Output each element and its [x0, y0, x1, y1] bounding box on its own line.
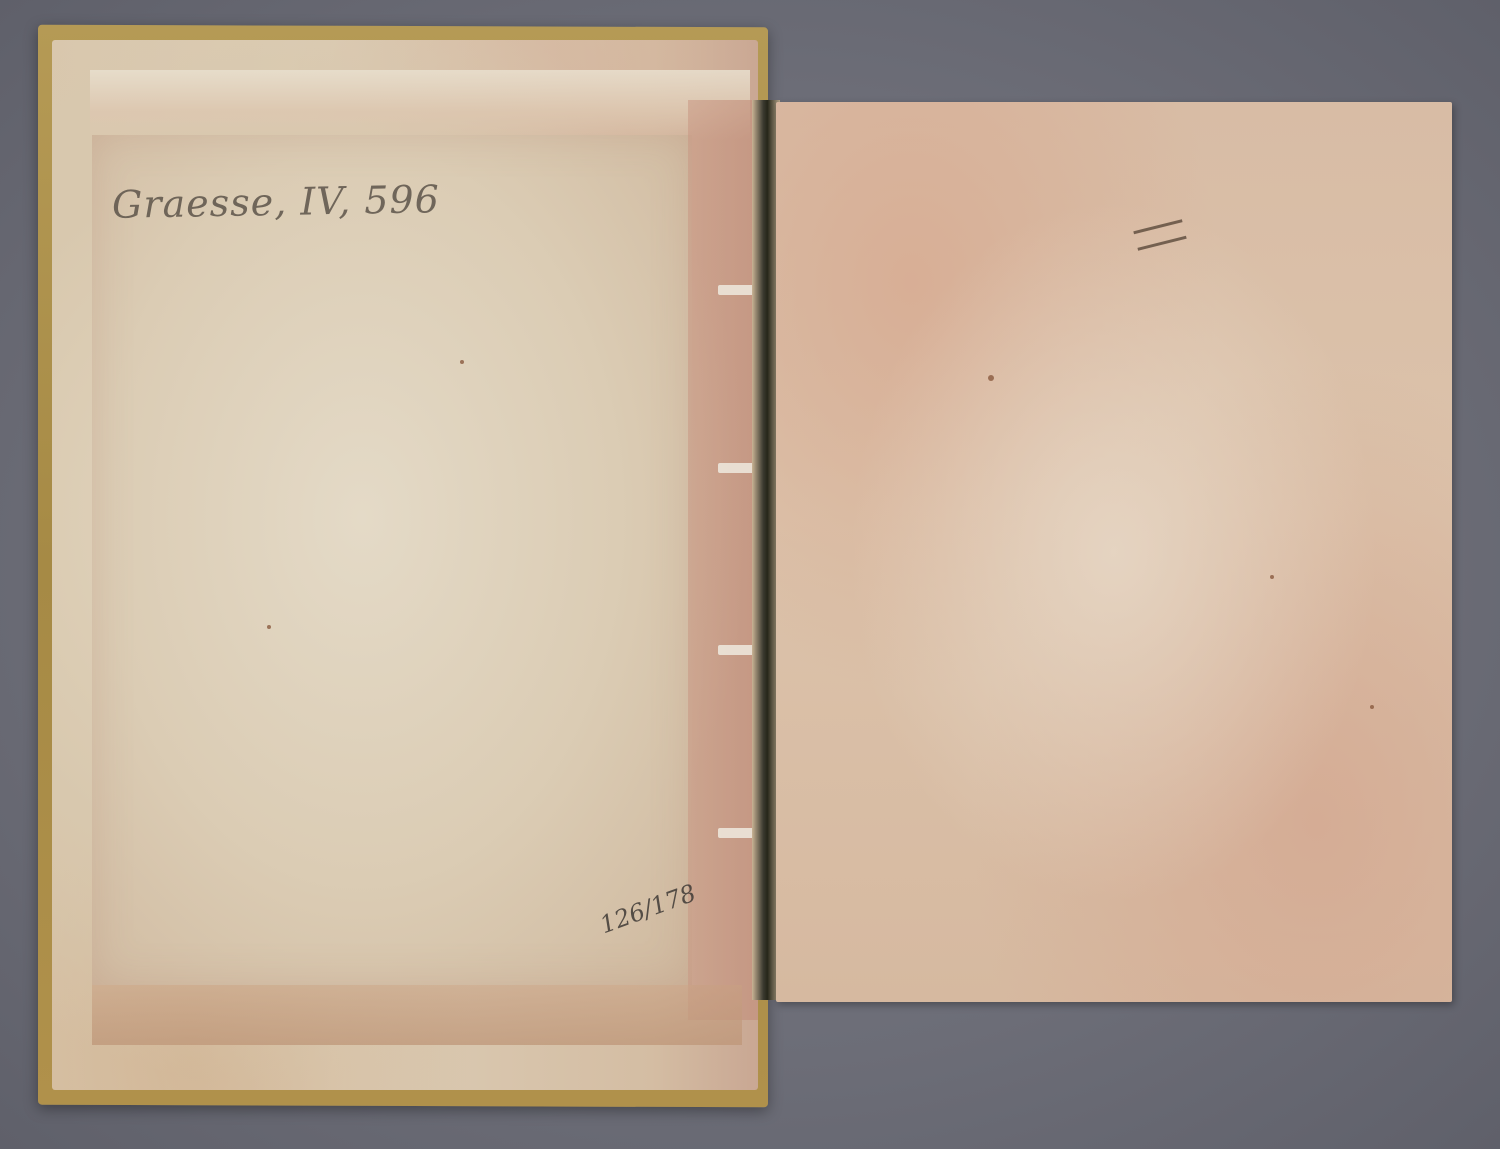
flyleaf-page — [776, 102, 1452, 1002]
foxing-spot — [1270, 575, 1274, 579]
shelf-reference-note: Graesse, IV, 596 — [112, 177, 441, 227]
foxing-spot — [988, 375, 994, 381]
bottom-stain — [92, 985, 742, 1045]
foxing-spot — [460, 360, 464, 364]
book-photo: Graesse, IV, 596 126/178 — [0, 0, 1500, 1149]
foxing-spot — [1370, 705, 1374, 709]
gutter-stain — [688, 100, 758, 1020]
pastedown-center — [92, 135, 692, 985]
vellum-turn-in-top — [90, 70, 750, 140]
foxing-spot — [267, 625, 271, 629]
